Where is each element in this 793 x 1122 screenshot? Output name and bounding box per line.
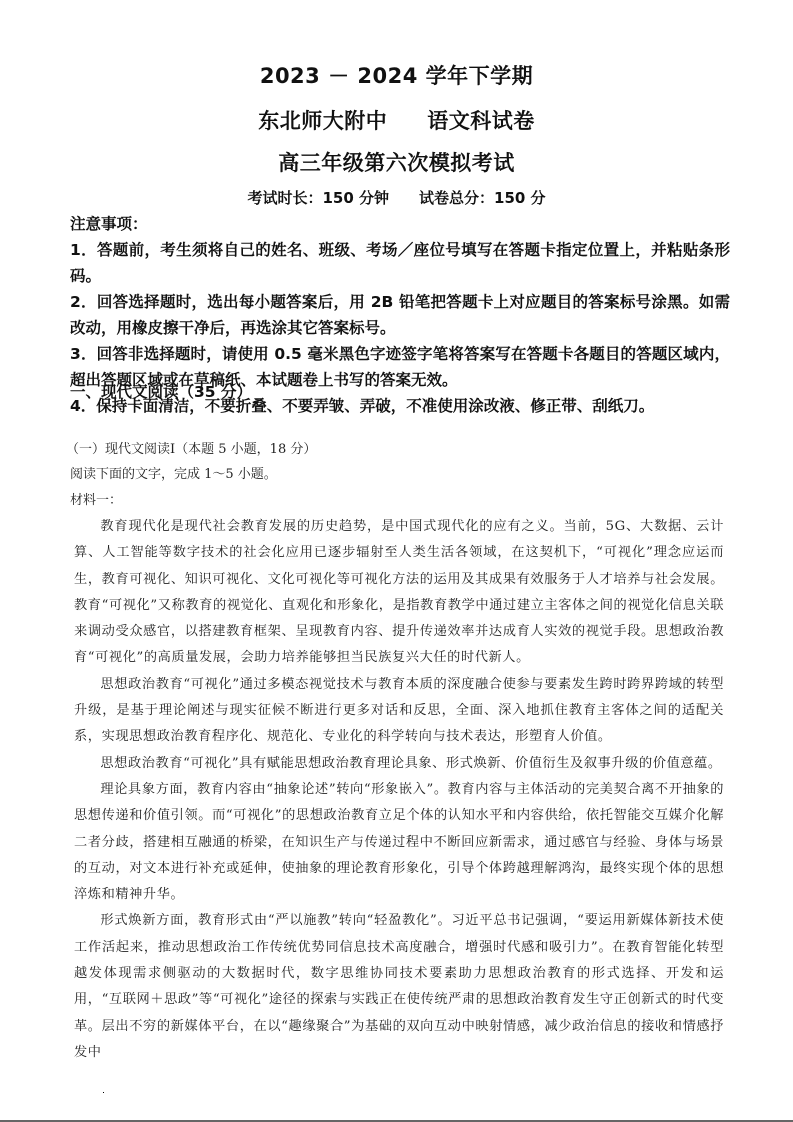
passage-paragraph: 形式焕新方面，教育形式由“严以施教”转向“轻盈教化”。习近平总书记强调，“要运用…: [74, 908, 724, 1066]
notice-item: 1．答题前，考生须将自己的姓名、班级、考场／座位号填写在答题卡指定位置上，并粘贴…: [70, 237, 730, 289]
reading-instruction: 阅读下面的文字，完成 1～5 小题。: [70, 463, 277, 482]
passage-paragraph: 思想政治教育“可视化”通过多模态视觉技术与教育本质的深度融合使参与要素发生跨时跨…: [74, 672, 724, 751]
exam-meta: 考试时长：150 分钟试卷总分：150 分: [0, 187, 793, 208]
passage-paragraph: 思想政治教育“可视化”具有赋能思想政治教育理论具象、形式焕新、价值衍生及叙事升级…: [74, 751, 724, 777]
subsection-title: （一）现代文阅读Ⅰ（本题 5 小题，18 分）: [66, 438, 316, 457]
school-name: 东北师大附中: [258, 109, 387, 133]
notice-heading: 注意事项：: [70, 211, 730, 237]
stray-mark: [103, 1092, 104, 1093]
notice-item: 2．回答选择题时，选出每小题答案后，用 2B 铅笔把答题卡上对应题目的答案标号涂…: [70, 289, 730, 341]
exam-title: 高三年级第六次模拟考试: [0, 147, 793, 177]
passage-paragraph: 理论具象方面，教育内容由“抽象论述”转向“形象嵌入”。教育内容与主体活动的完美契…: [74, 777, 724, 908]
passage-paragraph: 教育现代化是现代社会教育发展的历史趋势，是中国式现代化的应有之义。当前，5G、大…: [74, 514, 724, 672]
school-subject-title: 东北师大附中语文科试卷: [0, 105, 793, 135]
reading-passage: 教育现代化是现代社会教育发展的历史趋势，是中国式现代化的应有之义。当前，5G、大…: [74, 514, 724, 1066]
exam-total-score: 试卷总分：150 分: [419, 189, 546, 207]
term-title: 2023 － 2024 学年下学期: [0, 60, 793, 90]
section-title: 一、现代文阅读（35 分）: [70, 380, 252, 402]
exam-duration: 考试时长：150 分钟: [247, 189, 389, 207]
exam-page: 2023 － 2024 学年下学期 东北师大附中语文科试卷 高三年级第六次模拟考…: [0, 0, 793, 1122]
subject-name: 语文科试卷: [427, 109, 535, 133]
material-label: 材料一：: [70, 489, 122, 508]
